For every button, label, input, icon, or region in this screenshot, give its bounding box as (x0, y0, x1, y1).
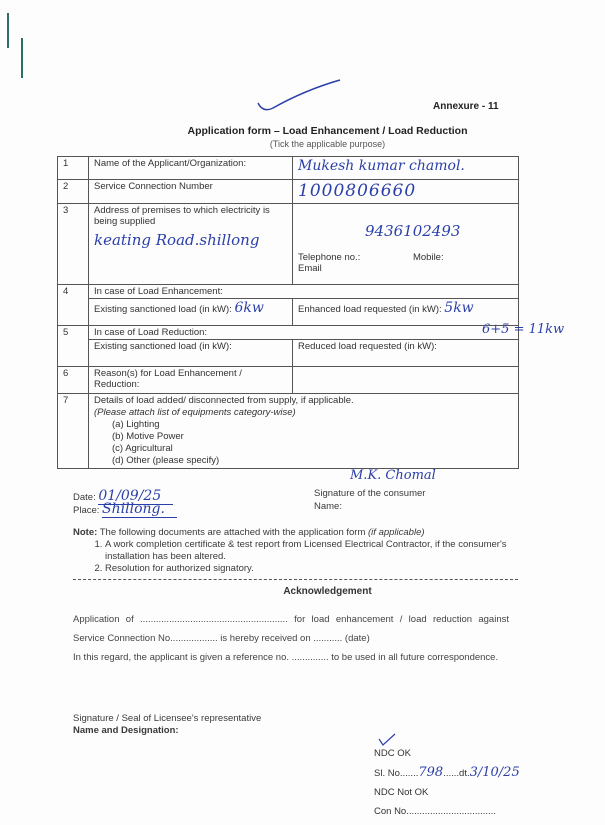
enhanced-load-label: Enhanced load requested (in kW): (298, 304, 442, 315)
enhanced-load-value[interactable]: 5kw (444, 300, 473, 316)
note-item: A work completion certificate & test rep… (105, 539, 523, 563)
ndc-tick-icon (377, 733, 397, 747)
row-number: 3 (58, 204, 89, 285)
row-label: In case of Load Reduction: (94, 327, 207, 338)
place-line: Place: Shillong. (73, 501, 177, 517)
table-row: Existing sanctioned load (in kW): Reduce… (58, 340, 519, 367)
table-row: 7 Details of load added/ disconnected fr… (58, 394, 519, 469)
annexure-label: Annexure - 11 (433, 101, 499, 112)
load-category-item: (c) Agricultural (94, 443, 513, 455)
row-label: Address of premises to which electricity… (94, 205, 287, 227)
table-row: 3 Address of premises to which electrici… (58, 204, 519, 285)
ndc-not-ok-label: NDC Not OK (374, 783, 520, 802)
form-subtitle: (Tick the applicable purpose) (0, 139, 605, 149)
application-form-table: 1 Name of the Applicant/Organization: Mu… (57, 156, 519, 469)
applicant-name-value[interactable]: Mukesh kumar chamol. (298, 158, 465, 174)
acknowledgement-body: Application of .........................… (73, 610, 509, 667)
dt-label: dt. (459, 768, 470, 779)
acknowledgement-title: Acknowledgement (0, 586, 605, 597)
place-label: Place: (73, 505, 99, 516)
form-title: Application form – Load Enhancement / Lo… (0, 125, 605, 137)
signature-label: Signature of the consumer (314, 488, 425, 499)
sl-no-value[interactable]: 798 (418, 765, 443, 780)
row-label: Details of load added/ disconnected from… (94, 395, 513, 407)
table-row: 2 Service Connection Number 1000806660 (58, 180, 519, 204)
ndc-block: NDC OK Sl. No.......798......dt.3/10/25 … (374, 744, 520, 821)
table-row: 6 Reason(s) for Load Enhancement / Reduc… (58, 367, 519, 394)
existing-load-label: Existing sanctioned load (in kW): (94, 304, 232, 315)
mobile-value[interactable]: 9436102493 (365, 222, 460, 240)
table-row: Existing sanctioned load (in kW): 6kw En… (58, 299, 519, 326)
telephone-label: Telephone no.: (298, 252, 360, 263)
row-number: 6 (58, 367, 89, 394)
row-note: (Please attach list of equipments catego… (94, 407, 513, 419)
row-label: Name of the Applicant/Organization: (89, 157, 293, 180)
consumer-signature[interactable]: M.K. Chomal (350, 468, 436, 483)
name-label: Name: (314, 501, 342, 512)
row-number: 7 (58, 394, 89, 469)
row-label: Reason(s) for Load Enhancement / Reducti… (89, 367, 293, 394)
service-connection-value[interactable]: 1000806660 (298, 181, 416, 201)
load-category-item: (d) Other (please specify) (94, 455, 513, 467)
binder-clip-icon (5, 8, 35, 83)
row-label: Service Connection Number (89, 180, 293, 204)
address-value[interactable]: keating Road.shillong (94, 231, 287, 249)
tick-mark-icon (255, 78, 345, 118)
email-label: Email (298, 263, 322, 274)
divider (73, 579, 518, 580)
table-row: 5 In case of Load Reduction: 6+5 = 11kw (58, 326, 519, 340)
load-category-item: (a) Lighting (94, 419, 513, 431)
reason-field[interactable] (293, 367, 519, 394)
place-value[interactable]: Shillong. (102, 501, 177, 518)
con-no-label: Con No.................................. (374, 802, 520, 821)
reduced-load-label: Reduced load requested (in kW): (293, 340, 519, 367)
licensee-signature-label: Signature / Seal of Licensee's represent… (73, 713, 261, 725)
designation-label: Name and Designation: (73, 725, 261, 737)
row-number: 4 (58, 285, 89, 326)
load-category-item: (b) Motive Power (94, 431, 513, 443)
note-italic: (if applicable) (368, 527, 425, 538)
licensee-signature-block: Signature / Seal of Licensee's represent… (73, 713, 261, 737)
row-number: 5 (58, 326, 89, 367)
table-row: 1 Name of the Applicant/Organization: Mu… (58, 157, 519, 180)
mobile-label: Mobile: (413, 252, 444, 263)
dt-value[interactable]: 3/10/25 (470, 765, 520, 780)
acknowledgement-para: Application of .........................… (73, 610, 509, 648)
note-section: Note: The following documents are attach… (73, 527, 523, 575)
note-text: The following documents are attached wit… (100, 527, 366, 538)
existing-load-label: Existing sanctioned load (in kW): (89, 340, 293, 367)
row-number: 2 (58, 180, 89, 204)
sl-no-label: Sl. No. (374, 768, 403, 779)
note-item: Resolution for authorized signatory. (105, 563, 523, 575)
row-number: 1 (58, 157, 89, 180)
note-label: Note: (73, 527, 97, 538)
row-label: In case of Load Enhancement: (89, 285, 519, 299)
load-annotation: 6+5 = 11kw (482, 322, 564, 337)
existing-load-value[interactable]: 6kw (234, 300, 263, 316)
acknowledgement-para: In this regard, the applicant is given a… (73, 648, 509, 667)
table-row: 4 In case of Load Enhancement: (58, 285, 519, 299)
